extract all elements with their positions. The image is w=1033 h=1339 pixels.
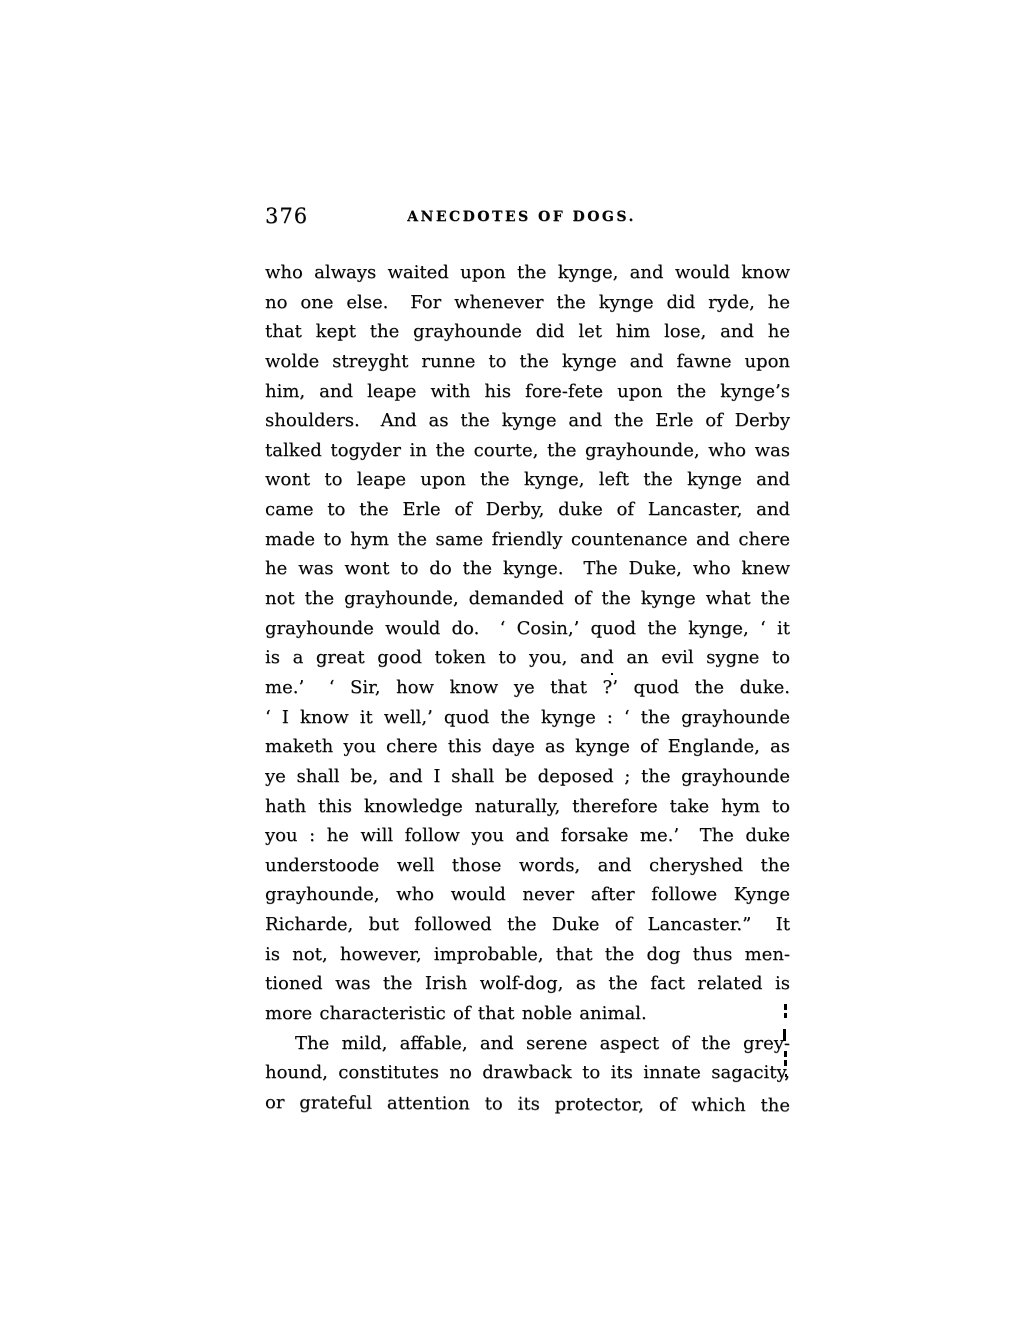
text-line: not the grayhounde, demanded of the kyng… (265, 584, 790, 614)
text-line: is not, however, improbable, that the do… (265, 940, 790, 970)
text-line: hound, constitutes no drawback to its in… (265, 1058, 790, 1088)
text-line-paragraph-start: The mild, affable, and serene aspect of … (265, 1029, 790, 1059)
scan-artifact-mark (784, 1013, 787, 1018)
text-line: is a great good token to you, and an evi… (265, 643, 790, 673)
text-line: me.’ ‘ Sir, how know ye that ?’ quod the… (265, 673, 790, 703)
text-line: who always waited upon the kynge, and wo… (265, 258, 790, 288)
text-line: understoode well those words, and cherys… (265, 851, 790, 881)
text-line: shoulders. And as the kynge and the Erle… (265, 406, 790, 436)
text-line: grayhounde would do. ‘ Cosin,’ quod the … (265, 614, 790, 644)
text-line: maketh you chere this daye as kynge of E… (265, 732, 790, 762)
text-line: ‘ I know it well,’ quod the kynge : ‘ th… (265, 703, 790, 733)
running-header: ANECDOTES OF DOGS. (265, 202, 778, 232)
text-line: that kept the grayhounde did let him los… (265, 317, 790, 347)
scan-artifact-mark (784, 1051, 787, 1057)
text-line: he was wont to do the kynge. The Duke, w… (265, 554, 790, 584)
scan-artifact-mark (785, 1074, 787, 1077)
body-text: who always waited upon the kynge, and wo… (265, 258, 790, 1118)
text-line: no one else. For whenever the kynge did … (265, 288, 790, 318)
scan-artifact-mark (784, 1004, 787, 1010)
text-line: grayhounde, who would never after follow… (265, 880, 790, 910)
scanned-book-page: 376 ANECDOTES OF DOGS. who always waited… (0, 0, 1033, 1339)
text-line: him, and leape with his fore-fete upon t… (265, 377, 790, 407)
text-line: tioned was the Irish wolf-dog, as the fa… (265, 969, 790, 999)
text-line: you : he will follow you and forsake me.… (265, 821, 790, 851)
text-line: came to the Erle of Derby, duke of Lanca… (265, 495, 790, 525)
text-line: Richarde, but followed the Duke of Lanca… (265, 910, 790, 940)
text-line: made to hym the same friendly countenanc… (265, 525, 790, 555)
scan-artifact-mark (784, 1060, 787, 1066)
text-line: hath this knowledge naturally, therefore… (265, 792, 790, 822)
text-line: wont to leape upon the kynge, left the k… (265, 465, 790, 495)
text-line: wolde streyght runne to the kynge and fa… (265, 347, 790, 377)
scan-artifact-mark (783, 1029, 786, 1041)
page-header: 376 ANECDOTES OF DOGS. (265, 202, 792, 230)
text-line: ye shall be, and I shall be deposed ; th… (265, 762, 790, 792)
text-line: talked togyder in the courte, the grayho… (265, 436, 790, 466)
text-line-paragraph-end: more characteristic of that noble animal… (265, 999, 790, 1029)
text-line-smudged: or grateful attention to its protector, … (265, 1088, 790, 1121)
scan-artifact-dot (611, 673, 613, 675)
